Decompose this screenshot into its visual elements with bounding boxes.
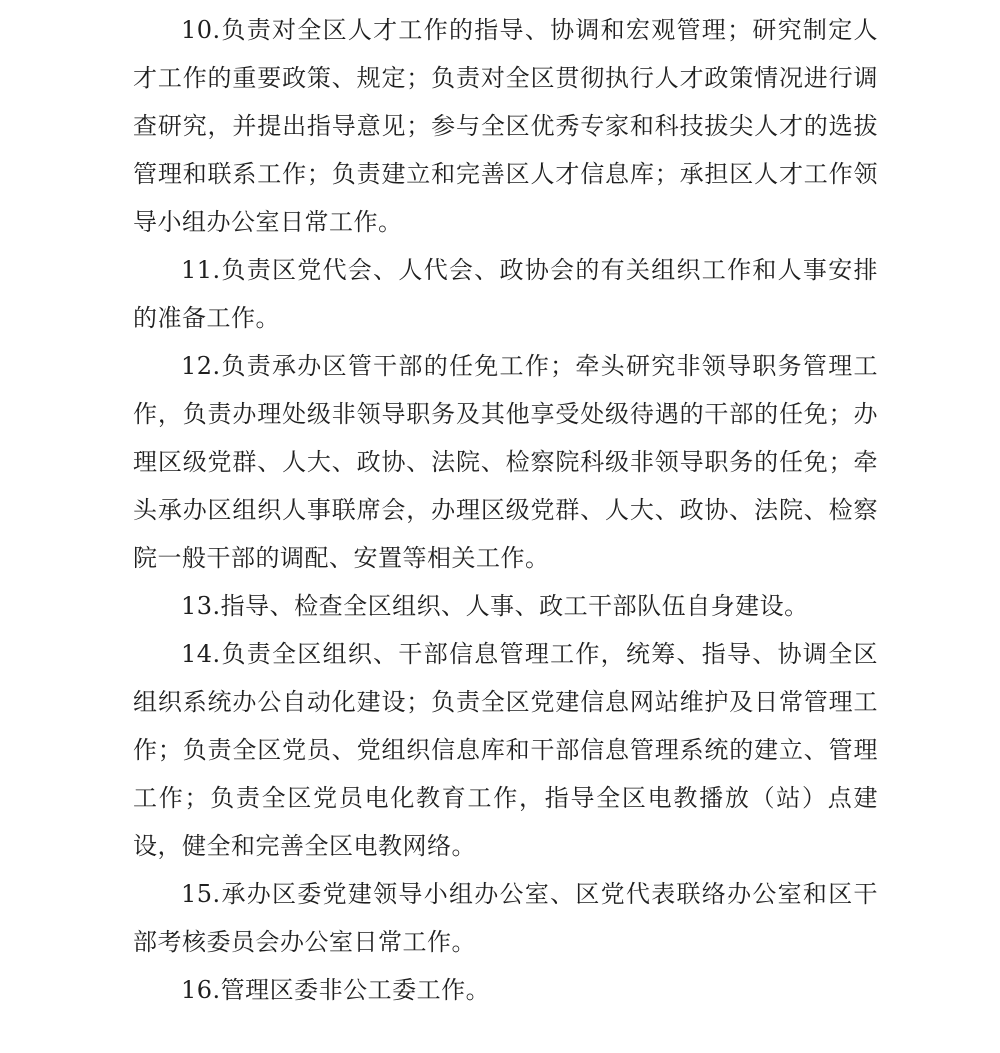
paragraph-item-15: 15.承办区委党建领导小组办公室、区党代表联络办公室和区干部考核委员会办公室日常… bbox=[133, 870, 878, 966]
paragraph-item-11: 11.负责区党代会、人代会、政协会的有关组织工作和人事安排的准备工作。 bbox=[133, 246, 878, 342]
document-text-block: 10.负责对全区人才工作的指导、协调和宏观管理；研究制定人才工作的重要政策、规定… bbox=[133, 6, 878, 1014]
paragraph-item-14: 14.负责全区组织、干部信息管理工作，统筹、指导、协调全区组织系统办公自动化建设… bbox=[133, 630, 878, 870]
paragraph-item-16: 16.管理区委非公工委工作。 bbox=[133, 966, 878, 1014]
paragraph-item-13: 13.指导、检查全区组织、人事、政工干部队伍自身建设。 bbox=[133, 582, 878, 630]
paragraph-item-12: 12.负责承办区管干部的任免工作；牵头研究非领导职务管理工作，负责办理处级非领导… bbox=[133, 342, 878, 582]
document-page: 10.负责对全区人才工作的指导、协调和宏观管理；研究制定人才工作的重要政策、规定… bbox=[0, 0, 1000, 1053]
paragraph-item-10: 10.负责对全区人才工作的指导、协调和宏观管理；研究制定人才工作的重要政策、规定… bbox=[133, 6, 878, 246]
